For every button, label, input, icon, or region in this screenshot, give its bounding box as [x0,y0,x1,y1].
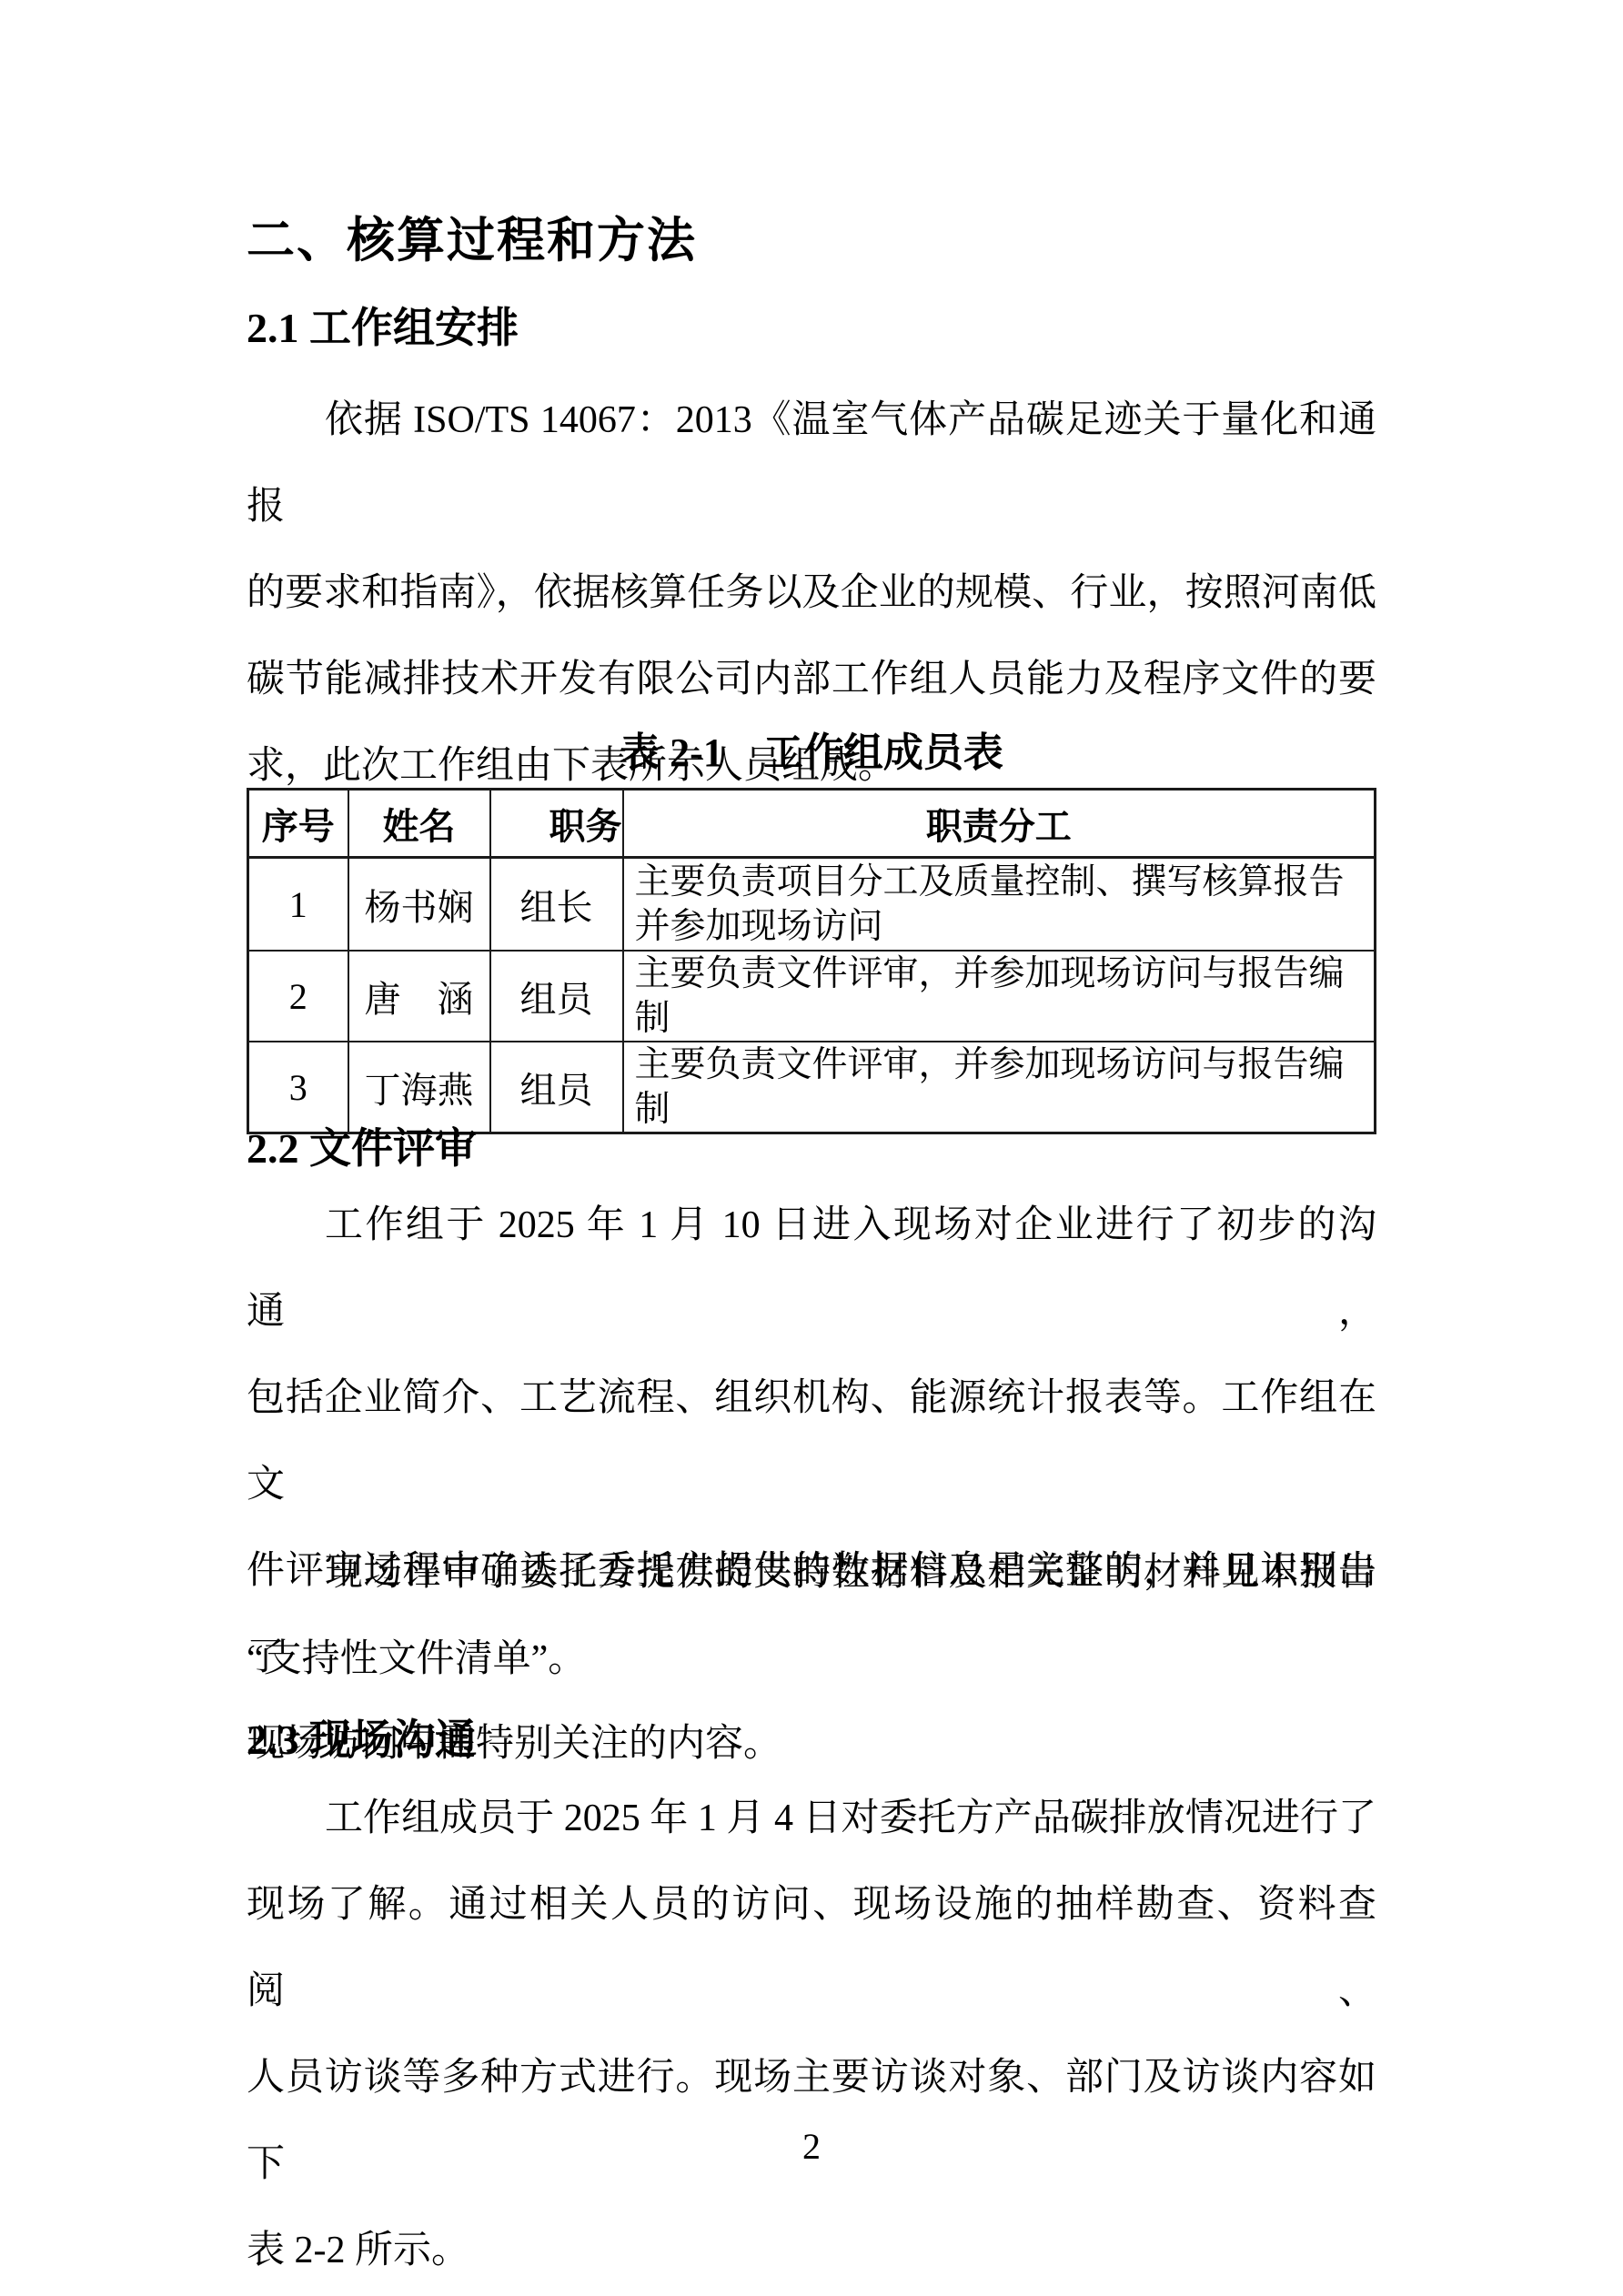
paragraph-line: 的要求和指南》，依据核算任务以及企业的规模、行业，按照河南低 [247,550,1376,637]
cell-role: 组员 [490,1042,623,1133]
table-header-duty: 职责分工 [623,790,1376,858]
paragraph-line: 现场了解。通过相关人员的访问、现场设施的抽样勘查、资料查阅、 [247,1862,1376,2035]
cell-no: 3 [248,1042,348,1133]
paragraph-line: 依据 ISO/TS 14067：2013《温室气体产品碳足迹关于量化和通报 [247,378,1376,550]
cell-role: 组员 [490,951,623,1042]
cell-duty: 主要负责项目分工及质量控制、撰写核算报告并参加现场访问 [623,858,1376,952]
paragraph-line: 表 2-2 所示。 [247,2208,1376,2294]
paragraph-2-3: 工作组成员于 2025 年 1 月 4 日对委托方产品碳排放情况进行了 现场了解… [247,1776,1376,2294]
cell-name: 丁海燕 [348,1042,490,1133]
paragraph-line: 包括企业简介、工艺流程、组织机构、能源统计报表等。工作组在文 [247,1355,1376,1528]
table-header-role: 职务 [490,790,623,858]
document-page: 二、核算过程和方法 2.1 工作组安排 依据 ISO/TS 14067：2013… [0,0,1623,2296]
table-row: 1 杨书娴 组长 主要负责项目分工及质量控制、撰写核算报告并参加现场访问 [248,858,1376,952]
paragraph-line: 工作组于 2025 年 1 月 10 日进入现场对企业进行了初步的沟通， [247,1183,1376,1355]
cell-role: 组长 [490,858,623,952]
paragraph-2-2-b: 现场评审了委托方提供的支持性材料及相关证明材料见本报告 “支持性文件清单”。 [247,1530,1376,1703]
cell-name: 唐 涵 [348,951,490,1042]
table-caption: 表 2-1 工作组成员表 [247,724,1376,782]
section-title-2-3: 2.3 现场沟通 [247,1712,1376,1768]
workgroup-members-table: 序号 姓名 职务 职责分工 1 杨书娴 组长 主要负责项目分工及质量控制、撰写核… [247,788,1376,1134]
paragraph-line: 现场评审了委托方提供的支持性材料及相关证明材料见本报告 [247,1530,1376,1616]
paragraph-line: “支持性文件清单”。 [247,1616,1376,1703]
cell-duty: 主要负责文件评审，并参加现场访问与报告编制 [623,1042,1376,1133]
table-header-row: 序号 姓名 职务 职责分工 [248,790,1376,858]
cell-no: 1 [248,858,348,952]
section-title-2-1: 2.1 工作组安排 [247,300,1376,357]
table-row: 2 唐 涵 组员 主要负责文件评审，并参加现场访问与报告编制 [248,951,1376,1042]
table-header-no: 序号 [248,790,348,858]
section-title-2-2: 2.2 文件评审 [247,1121,1376,1177]
table-row: 3 丁海燕 组员 主要负责文件评审，并参加现场访问与报告编制 [248,1042,1376,1133]
page-number: 2 [0,2125,1623,2169]
main-heading: 二、核算过程和方法 [247,211,1376,271]
table-header-name: 姓名 [348,790,490,858]
paragraph-line: 人员访谈等多种方式进行。现场主要访谈对象、部门及访谈内容如下 [247,2035,1376,2208]
paragraph-line: 工作组成员于 2025 年 1 月 4 日对委托方产品碳排放情况进行了 [247,1776,1376,1862]
cell-no: 2 [248,951,348,1042]
cell-duty: 主要负责文件评审，并参加现场访问与报告编制 [623,951,1376,1042]
paragraph-line: 碳节能减排技术开发有限公司内部工作组人员能力及程序文件的要 [247,637,1376,723]
cell-name: 杨书娴 [348,858,490,952]
